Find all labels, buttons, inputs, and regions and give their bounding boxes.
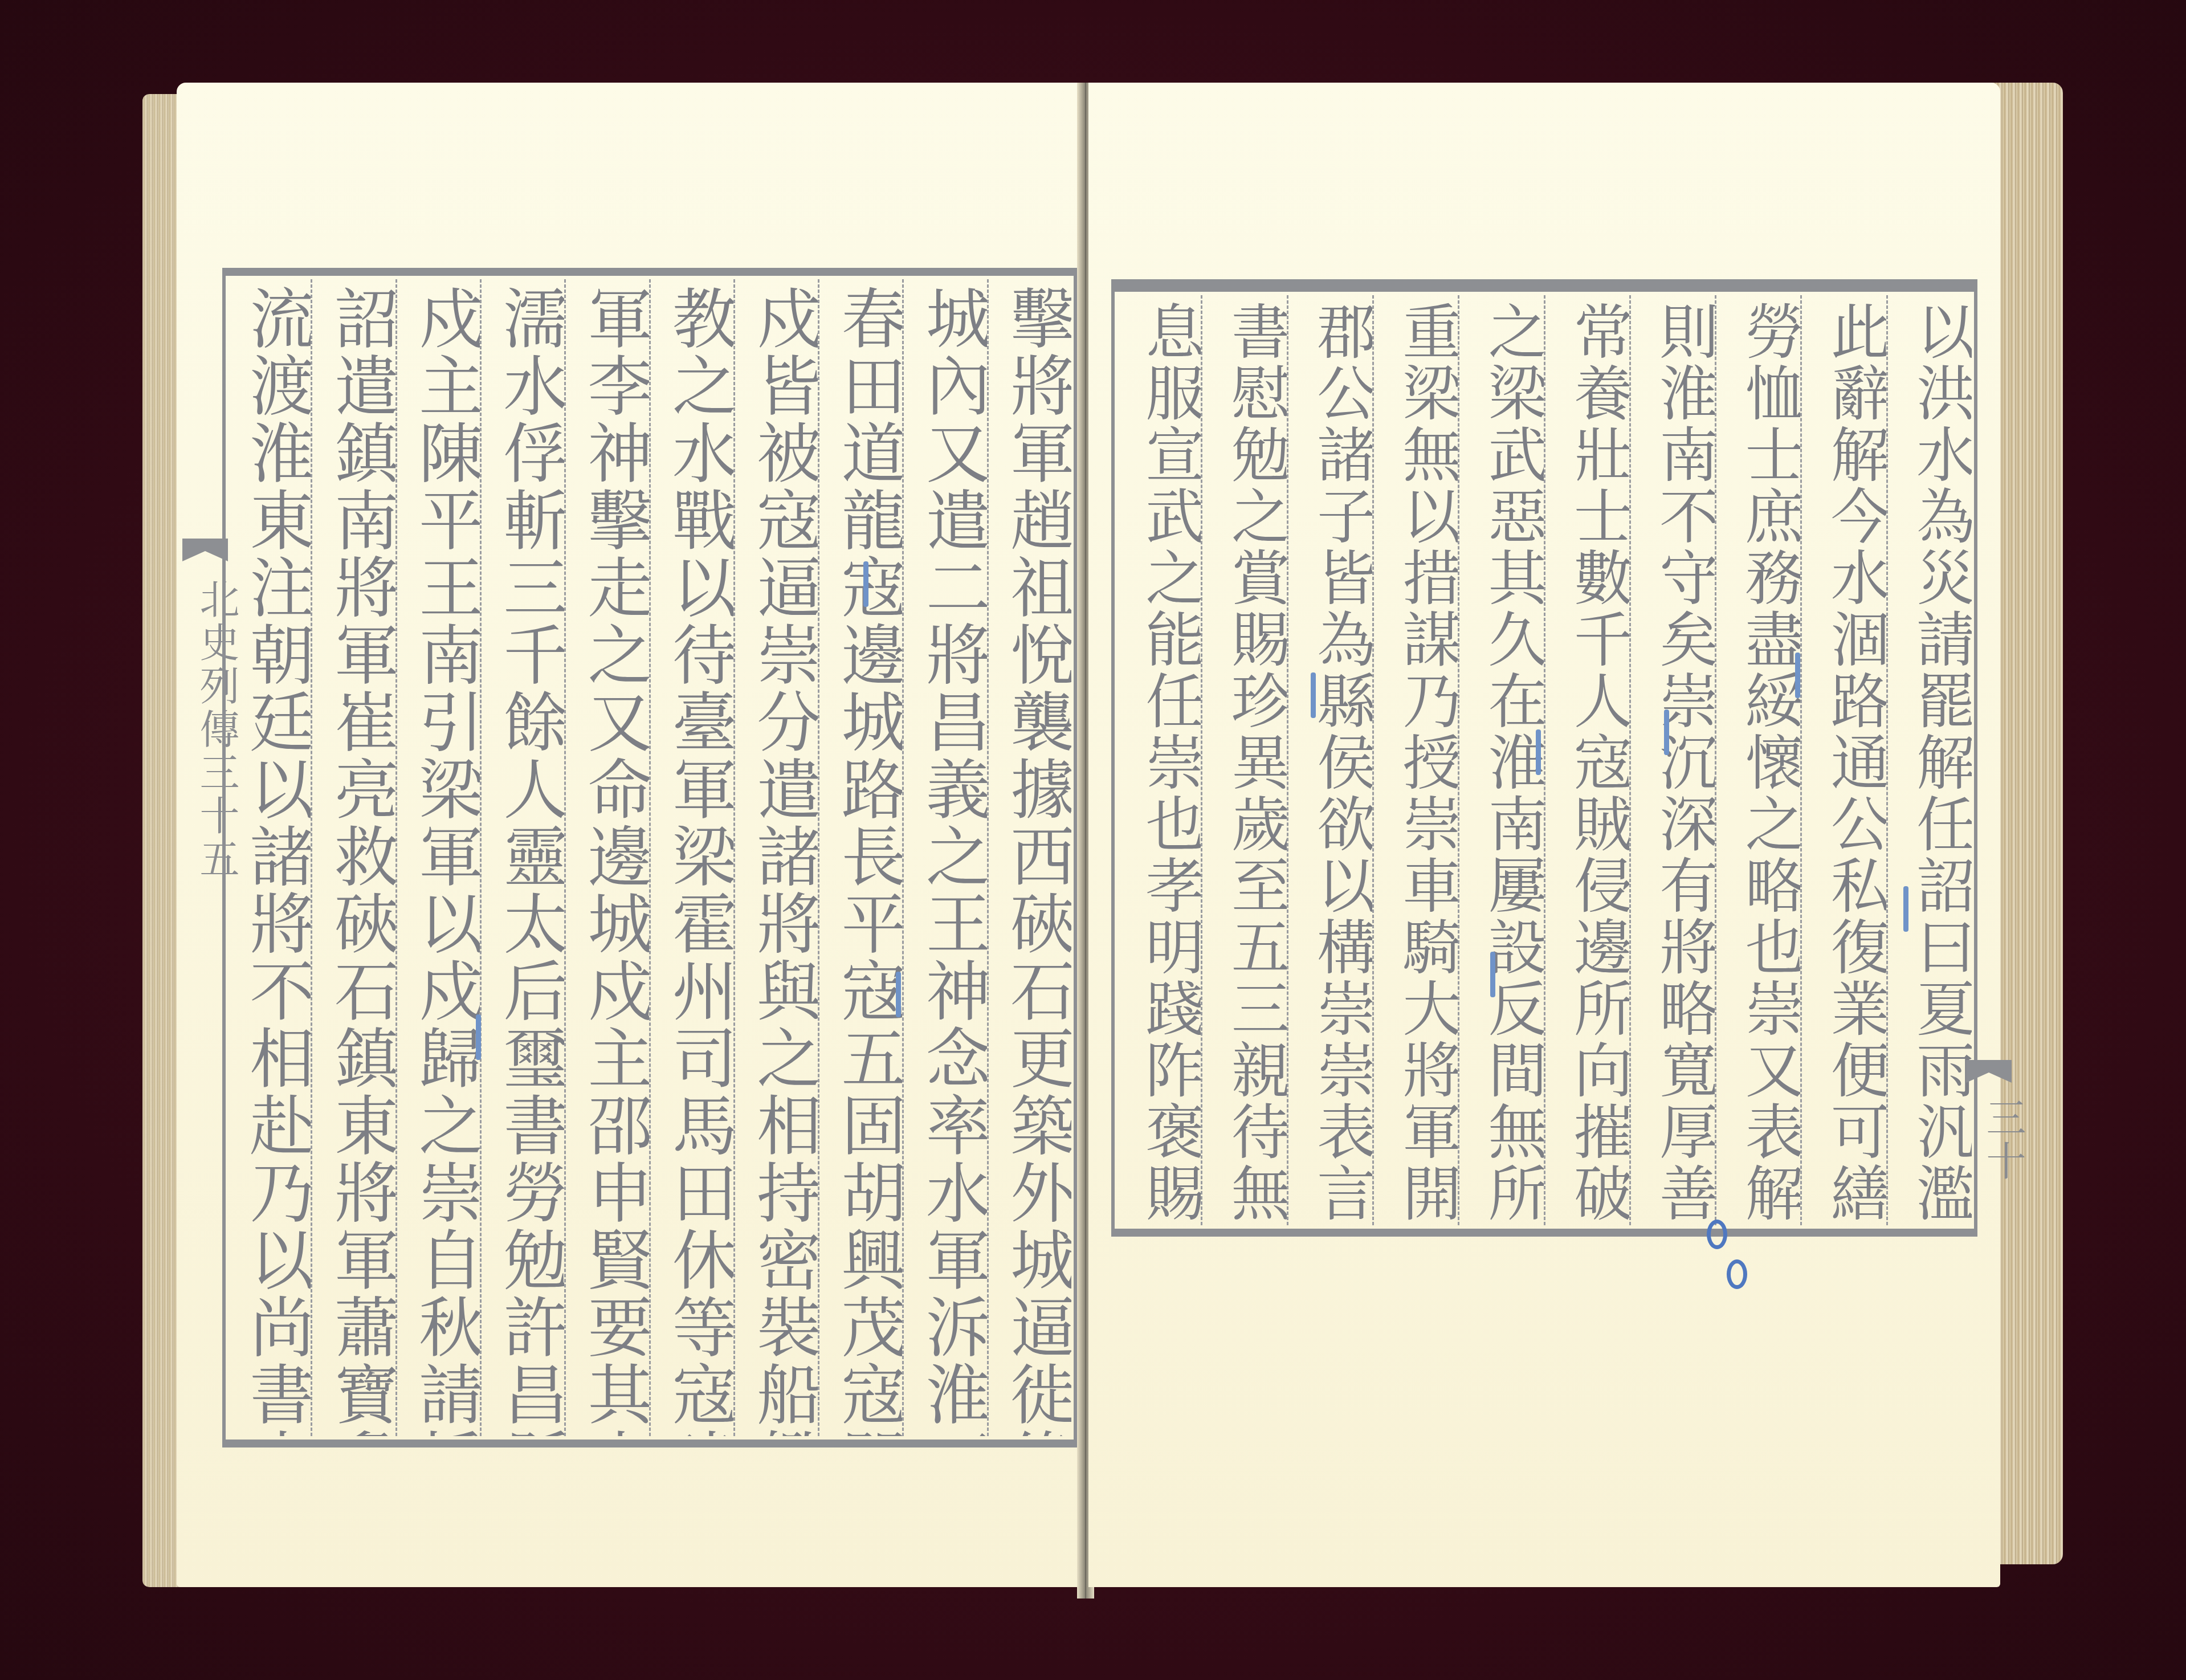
text-column: 書慰勉之賞賜珍異歲至五三親待無與為比梁武每歎 [1201, 295, 1286, 1225]
text-column: 擊將軍趙祖悅襲據西硤石更築外城逼徙緣淮之人於 [987, 279, 1071, 1436]
left-text-frame: 擊將軍趙祖悅襲據西硤石更築外城逼徙緣淮之人於 城內又遣二將昌義之王神念率水軍泝淮… [222, 268, 1077, 1447]
blue-annotation-mark [1311, 672, 1316, 718]
text-column: 重梁無以措謀乃授崇車騎大將軍開府儀同三司萬戶 [1372, 295, 1458, 1225]
margin-title: 三十 [1975, 1097, 2032, 1184]
text-column: 息服宣武之能任崇也孝明踐阼褒賜衣馬及梁遣其游 [1117, 295, 1201, 1225]
blue-annotation-circle [1707, 1220, 1727, 1249]
blue-annotation-circle [1727, 1259, 1747, 1289]
text-column: 之梁武惡其久在淮南屢設反間無所不至宣武雅相委 [1458, 295, 1543, 1225]
blue-annotation-mark [1536, 729, 1541, 775]
blue-annotation-mark [896, 972, 901, 1017]
text-column: 詔遣鎮南將軍崔亮救硤石鎮東將軍蕭寶夤於梁堰上 [311, 279, 395, 1436]
text-column: 則淮南不守矣崇沉深有將略寬厚善御眾在州凡十年 [1629, 295, 1715, 1225]
text-column: 勞恤士庶務盡綏懷之略也崇又表解州不聽是時非崇 [1715, 295, 1800, 1225]
blue-annotation-mark [1903, 886, 1908, 932]
text-column: 戍皆被寇逼崇分遣諸將與之相持密裝船艦二百餘艘 [733, 279, 818, 1436]
text-column: 流渡淮東注朝廷以諸將不相赴乃以尚書李平兼右僕 [228, 279, 311, 1436]
right-text-frame: 以洪水為災請罷解任詔曰夏雨汎濫斯非人力何得以 此辭解今水涸路通公私復業便可繕甲積… [1111, 279, 1977, 1237]
blue-annotation-mark [1664, 709, 1669, 755]
fishtail-mark [1966, 1060, 2012, 1083]
text-column: 戍主陳平王南引梁軍以戍歸之崇自秋請援表至十餘 [395, 279, 480, 1436]
text-column: 教之水戰以待臺軍梁霍州司馬田休等寇建安崇遣統 [649, 279, 733, 1436]
fishtail-mark [182, 539, 228, 561]
blue-annotation-mark [1490, 952, 1495, 997]
right-page: 以洪水為災請罷解任詔曰夏雨汎濫斯非人力何得以 此辭解今水涸路通公私復業便可繕甲積… [1088, 83, 2000, 1587]
text-column: 濡水俘斬三千餘人靈太后璽書勞勉許昌縣令兼紵麻 [480, 279, 564, 1436]
left-page: 北史列傳三十五 擊將軍趙祖悅襲據西硤石更築外城逼徙緣淮之人於 城內又遣二將昌義之… [177, 83, 1083, 1587]
text-column: 城內又遣二將昌義之王神念率水軍泝淮而上規取壽 [902, 279, 986, 1436]
text-column: 此辭解今水涸路通公私復業便可繕甲積糧脩復城雉 [1800, 295, 1886, 1225]
text-column: 常養壯士數千人寇賊侵邊所向摧破號曰臥虎賊甚憚 [1544, 295, 1629, 1225]
book-spread: 北史列傳三十五 擊將軍趙祖悅襲據西硤石更築外城逼徙緣淮之人於 城內又遣二將昌義之… [142, 83, 2046, 1610]
blue-annotation-mark [863, 561, 868, 607]
text-column: 以洪水為災請罷解任詔曰夏雨汎濫斯非人力何得以 [1886, 295, 1972, 1225]
blue-annotation-mark [476, 1014, 481, 1060]
text-column: 郡公諸子皆為縣侯欲以構崇崇表言其狀宣武屢賜璽 [1287, 295, 1372, 1225]
blue-annotation-mark [1795, 653, 1800, 698]
text-column: 軍李神擊走之又命邊城戍主邵申賢要其走路破之於 [564, 279, 649, 1436]
text-column: 春田道龍寇邊城路長平寇五固胡興茂寇開霍揚州諸 [818, 279, 902, 1436]
